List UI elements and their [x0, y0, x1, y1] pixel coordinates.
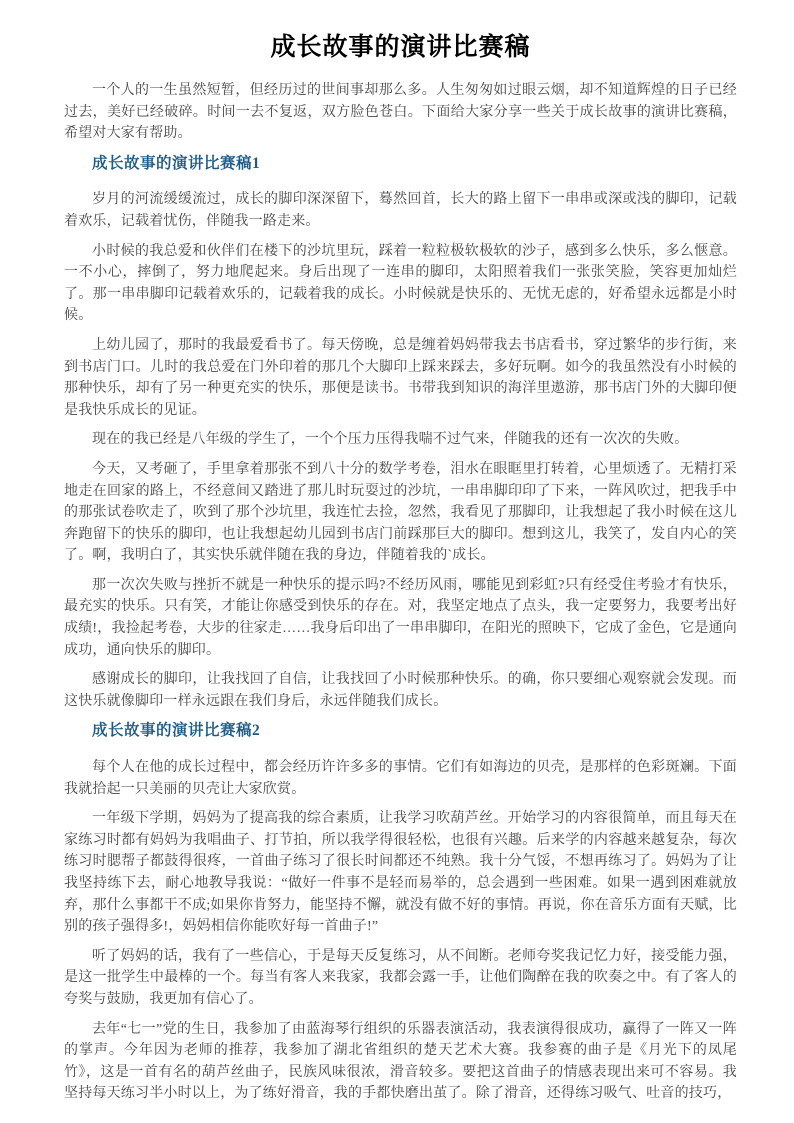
- paragraph: 感谢成长的脚印，让我找回了自信，让我找回了小时候那种快乐。的确，你只要细心观察就…: [64, 669, 737, 712]
- sections-container: 成长故事的演讲比赛稿1岁月的河流缓缓流过，成长的脚印深深留下，蓦然回首，长大的路…: [64, 153, 737, 1105]
- section-heading: 成长故事的演讲比赛稿2: [64, 720, 737, 742]
- page-title: 成长故事的演讲比赛稿: [64, 30, 737, 63]
- paragraph: 去年“七一”党的生日，我参加了由蓝海琴行组织的乐器表演活动，我表演得很成功，赢得…: [64, 1019, 737, 1105]
- paragraph: 听了妈妈的话，我有了一些信心，于是每天反复练习，从不间断。老师夸奖我记忆力好，接…: [64, 946, 737, 1011]
- paragraph: 那一次次失败与挫折不就是一种快乐的提示吗?不经历风雨，哪能见到彩虹?只有经受住考…: [64, 575, 737, 661]
- intro-paragraph: 一个人的一生虽然短暂，但经历过的世间事却那么多。人生匆匆如过眼云烟，却不知道辉煌…: [64, 80, 737, 145]
- paragraph: 小时候的我总爱和伙伴们在楼下的沙坑里玩，踩着一粒粒极软极软的沙子，感到多么快乐，…: [64, 241, 737, 327]
- paragraph: 上幼儿园了，那时的我最爱看书了。每天傍晚，总是缠着妈妈带我去书店看书，穿过繁华的…: [64, 335, 737, 421]
- paragraph: 一年级下学期，妈妈为了提高我的综合素质，让我学习吹葫芦丝。开始学习的内容很简单，…: [64, 808, 737, 938]
- paragraph: 每个人在他的成长过程中，都会经历许许多多的事情。它们有如海边的贝壳，是那样的色彩…: [64, 757, 737, 800]
- section-heading: 成长故事的演讲比赛稿1: [64, 153, 737, 175]
- document-page: 成长故事的演讲比赛稿 一个人的一生虽然短暂，但经历过的世间事却那么多。人生匆匆如…: [0, 0, 794, 1123]
- paragraph: 现在的我已经是八年级的学生了，一个个压力压得我喘不过气来，伴随我的还有一次次的失…: [64, 429, 737, 451]
- paragraph: 岁月的河流缓缓流过，成长的脚印深深留下，蓦然回首，长大的路上留下一串串或深或浅的…: [64, 189, 737, 232]
- paragraph: 今天，又考砸了，手里拿着那张不到八十分的数学考卷，泪水在眼眶里打转着，心里烦透了…: [64, 459, 737, 567]
